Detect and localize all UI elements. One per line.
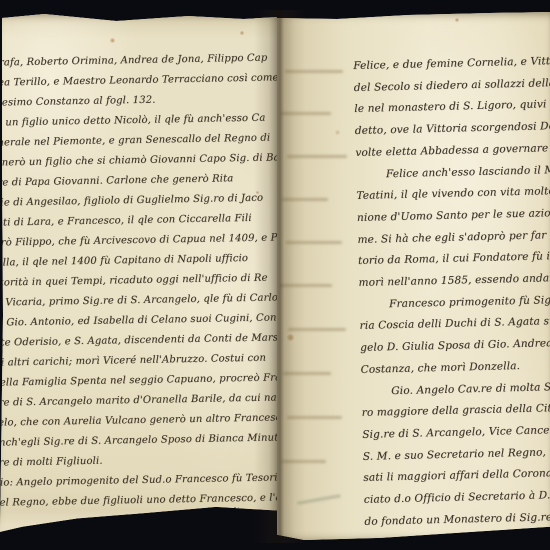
show-through-mark xyxy=(282,198,328,201)
catchword: Felice xyxy=(221,506,252,518)
show-through-mark xyxy=(288,328,346,331)
foxing-spot xyxy=(256,191,259,194)
show-through-mark xyxy=(285,70,343,73)
show-through-mark xyxy=(286,241,342,244)
show-through-mark xyxy=(282,460,326,463)
show-through-mark xyxy=(287,416,342,419)
show-through-mark xyxy=(280,284,332,287)
manuscript-photo: o, Carafa, Roberto Orimina, Andrea de Jo… xyxy=(0,0,550,550)
show-through-mark xyxy=(287,155,347,158)
foxing-spot xyxy=(455,18,459,22)
foxing-spot xyxy=(335,130,340,135)
show-through-mark xyxy=(283,372,331,375)
manuscript-page-right: Felice, e due femine Cornelia, e Vittori… xyxy=(277,12,550,540)
foxing-spot xyxy=(240,31,244,35)
right-page-text: Felice, e due femine Cornelia, e Vittori… xyxy=(353,48,550,533)
foxing-spot xyxy=(287,334,294,341)
show-through-mark xyxy=(297,494,341,505)
manuscript-page-left: o, Carafa, Roberto Orimina, Andrea de Jo… xyxy=(0,13,277,534)
left-page-text: o, Carafa, Roberto Orimina, Andrea de Jo… xyxy=(0,47,277,514)
foxing-spot xyxy=(110,38,115,43)
show-through-mark xyxy=(281,112,331,115)
